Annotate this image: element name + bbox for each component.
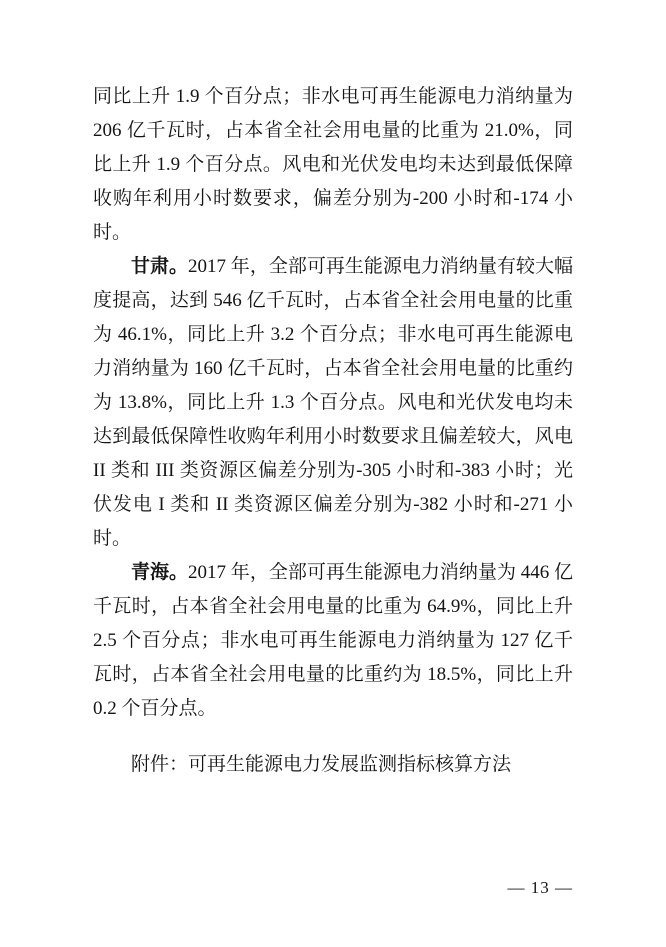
paragraph-continuation-text: 同比上升 1.9 个百分点；非水电可再生能源电力消纳量为 206 亿千瓦时，占本… [93,86,573,243]
document-body: 同比上升 1.9 个百分点；非水电可再生能源电力消纳量为 206 亿千瓦时，占本… [93,80,573,782]
attachment-line: 附件：可再生能源电力发展监测指标核算方法 [93,748,573,782]
province-name-gansu: 甘肃。 [131,256,188,277]
paragraph-qinghai: 青海。2017 年，全部可再生能源电力消纳量为 446 亿千瓦时，占本省全社会用… [93,556,573,726]
paragraph-gansu: 甘肃。2017 年，全部可再生能源电力消纳量有较大幅度提高，达到 546 亿千瓦… [93,250,573,556]
paragraph-gansu-text: 2017 年，全部可再生能源电力消纳量有较大幅度提高，达到 546 亿千瓦时，占… [93,256,573,549]
paragraph-qinghai-text: 2017 年，全部可再生能源电力消纳量为 446 亿千瓦时，占本省全社会用电量的… [93,562,573,719]
province-name-qinghai: 青海。 [131,562,188,583]
paragraph-continuation: 同比上升 1.9 个百分点；非水电可再生能源电力消纳量为 206 亿千瓦时，占本… [93,80,573,250]
page-number: — 13 — [508,878,574,898]
document-page: 同比上升 1.9 个百分点；非水电可再生能源电力消纳量为 206 亿千瓦时，占本… [0,0,666,947]
